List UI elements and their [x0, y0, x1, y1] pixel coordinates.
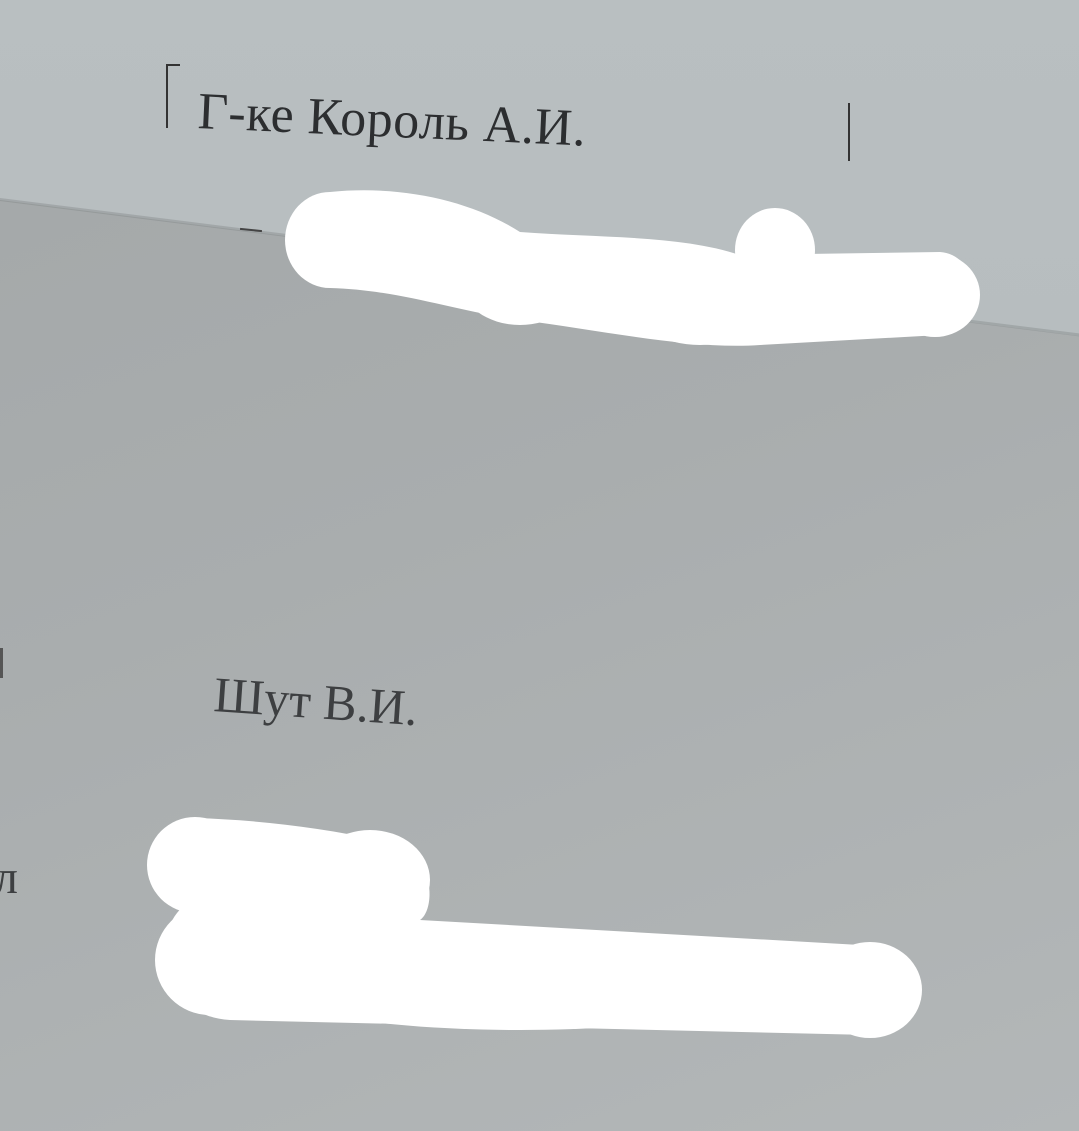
redacted-address-block	[285, 190, 980, 345]
document-photo: Г-ке Король А.И. Шут В.И. л	[0, 0, 1079, 1131]
redacted-signature-block	[147, 817, 922, 1038]
redactions	[0, 0, 1079, 1131]
